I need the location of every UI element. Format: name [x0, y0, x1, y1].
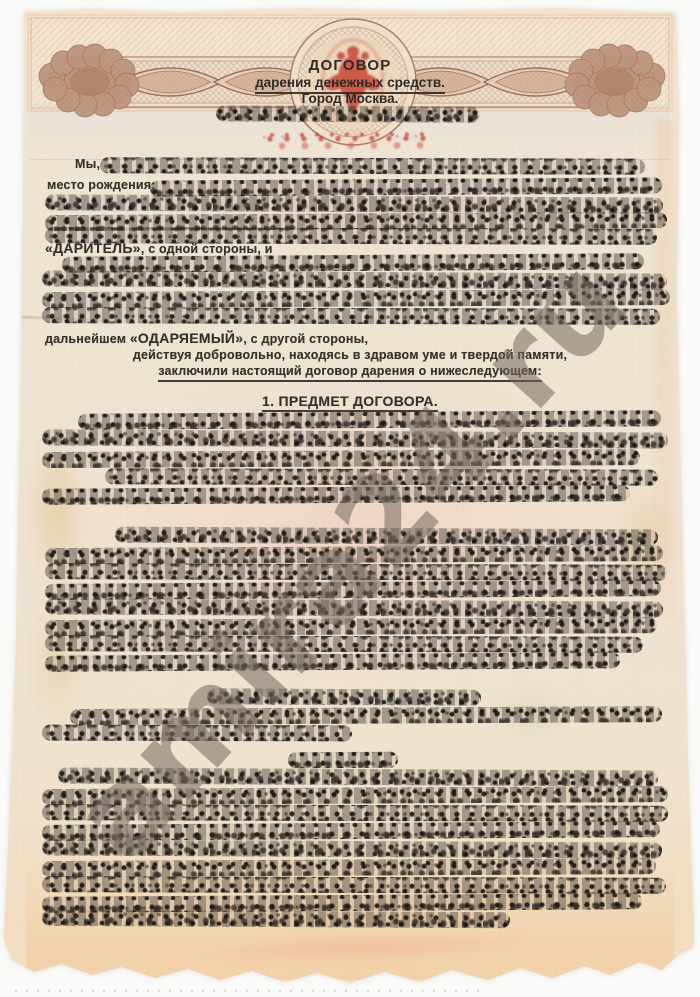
paper-wrapper: ДОГОВОР дарения денежных средств. Город …: [0, 0, 700, 997]
redacted-line: [42, 876, 666, 894]
we-label: Мы,: [75, 157, 100, 171]
redacted-line: [42, 786, 668, 805]
redacted-line: [45, 598, 663, 617]
donor-line: «ДАРИТЕЛЬ», с одной стороны, и: [45, 240, 273, 256]
donee-term: «ОДАРЯЕМЫЙ»: [130, 330, 243, 346]
redacted-line: [45, 194, 663, 213]
voluntary-line: действуя добровольно, находясь в здравом…: [30, 348, 670, 362]
redacted-line: [45, 617, 657, 636]
scan-background: ДОГОВОР дарения денежных средств. Город …: [0, 0, 700, 997]
redacted-line: [42, 307, 660, 325]
redacted-line: [42, 821, 660, 841]
document-page: ДОГОВОР дарения денежных средств. Город …: [0, 0, 700, 997]
redacted-line: [100, 157, 645, 174]
document-city: Город Москва.: [0, 91, 700, 106]
donee-rest: , с другой стороны,: [243, 332, 368, 346]
redacted-line: [115, 527, 658, 546]
redacted-line: [42, 270, 667, 289]
redacted-line: [288, 752, 398, 769]
redacted-line-red: [262, 130, 434, 150]
redacted-line: [207, 688, 481, 705]
donee-prefix: дальнейшем: [45, 332, 130, 346]
redacted-line: [216, 105, 480, 122]
redacted-line: [150, 177, 662, 196]
birthplace-label: место рождения:: [47, 178, 156, 192]
redacted-line: [62, 253, 644, 273]
redacted-line: [70, 706, 662, 725]
redacted-line: [42, 429, 668, 448]
redacted-line: [58, 767, 658, 786]
redacted-line: [45, 652, 620, 672]
conclude-line: заключили настоящий договор дарения о ни…: [30, 364, 670, 382]
redacted-line: [105, 468, 658, 485]
redacted-line: [45, 635, 643, 653]
redacted-line: [42, 910, 510, 928]
redacted-line: [45, 545, 663, 564]
donor-term: «ДАРИТЕЛЬ»: [45, 240, 141, 256]
redacted-line: [78, 410, 661, 430]
redacted-line: [42, 289, 670, 308]
redacted-line: [42, 449, 640, 468]
donor-rest: , с одной стороны, и: [141, 242, 273, 256]
section1-heading: 1. ПРЕДМЕТ ДОГОВОРА.: [30, 393, 670, 412]
redacted-line: [42, 485, 630, 505]
redacted-line: [45, 563, 667, 581]
redacted-line: [42, 839, 662, 858]
document-title: ДОГОВОР: [0, 57, 700, 74]
redacted-content: [0, 0, 700, 997]
redacted-line: [42, 858, 656, 877]
redacted-line: [42, 804, 668, 822]
redacted-line: [45, 580, 661, 600]
redacted-line: [42, 725, 352, 742]
donee-line: дальнейшем «ОДАРЯЕМЫЙ», с другой стороны…: [45, 330, 368, 346]
